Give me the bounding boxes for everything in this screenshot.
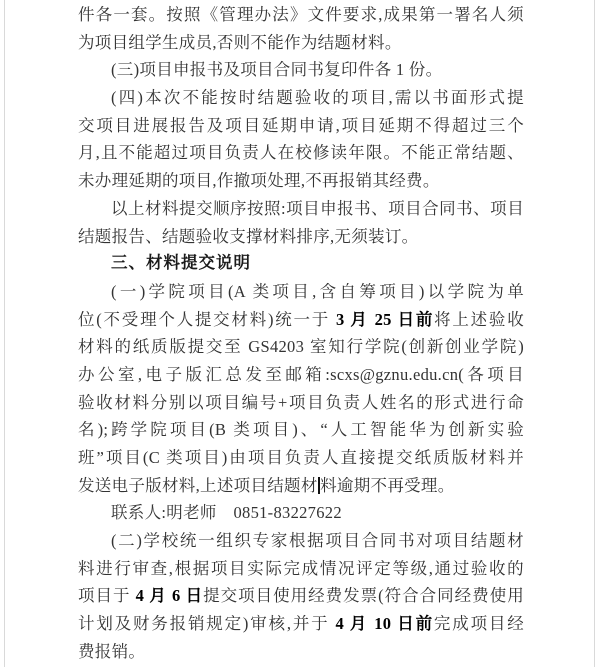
body-text: 办公室,电子版汇总发至邮箱:scxs@gznu.edu.cn(各项目 xyxy=(78,365,524,384)
body-text: 料逾期不再受理。 xyxy=(320,476,454,495)
body-text: (二)学校统一组织专家根据项目合同书对项目结题材 xyxy=(111,531,524,550)
text-line: (四)本次不能按时结题验收的项目,需以书面形式提 xyxy=(78,84,524,112)
body-text: 完成项目经 xyxy=(434,614,524,633)
text-line: 验收材料分别以项目编号+项目负责人姓名的形式进行命 xyxy=(78,389,524,417)
body-text: 为项目组学生成员,否则不能作为结题材料。 xyxy=(78,33,402,52)
text-line: (二)学校统一组织专家根据项目合同书对项目结题材 xyxy=(78,527,524,555)
body-text: 计划及财务报销规定)审核,并于 xyxy=(78,614,335,633)
text-line: 结题报告、结题验收支撑材料排序,无须装订。 xyxy=(78,223,524,251)
text-line: 发送电子版材料,上述项目结题材料逾期不再受理。 xyxy=(78,472,524,500)
text-line: 料进行审查,根据项目实际完成情况评定等级,通过验收的 xyxy=(78,555,524,583)
body-text: 班”项目(C 类项目)由项目负责人直接提交纸质版材料并 xyxy=(78,448,524,467)
body-text: 交项目进展报告及项目延期申请,项目延期不得超过三个 xyxy=(78,116,524,135)
bold-date-text: 4 月 6 日 xyxy=(136,586,204,605)
body-text: 以上材料提交顺序按照:项目申报书、项目合同书、项目 xyxy=(111,199,524,218)
body-text: 名);跨学院项目(B 类项目)、“人工智能华为创新实验 xyxy=(78,420,524,439)
text-line: 交项目进展报告及项目延期申请,项目延期不得超过三个 xyxy=(78,112,524,140)
text-line: 以上材料提交顺序按照:项目申报书、项目合同书、项目 xyxy=(78,195,524,223)
body-text: 材料的纸质版提交至 GS4203 室知行学院(创新创业学院) xyxy=(78,337,524,356)
text-line: 项目于 4 月 6 日提交项目使用经费发票(符合合同经费使用 xyxy=(78,582,524,610)
text-line: 材料的纸质版提交至 GS4203 室知行学院(创新创业学院) xyxy=(78,333,524,361)
body-text: 验收材料分别以项目编号+项目负责人姓名的形式进行命 xyxy=(78,393,524,412)
body-text: 将上述验收 xyxy=(434,310,524,329)
text-line: 未办理延期的项目,作撤项处理,不再报销其经费。 xyxy=(78,167,524,195)
body-text: 结题报告、结题验收支撑材料排序,无须装订。 xyxy=(78,227,418,246)
text-line: 为项目组学生成员,否则不能作为结题材料。 xyxy=(78,29,524,57)
document-page: 件各一套。按照《管理办法》文件要求,成果第一署名人须为项目组学生成员,否则不能作… xyxy=(4,0,595,667)
body-text: 月,且不能超过项目负责人在校修读年限。不能正常结题、 xyxy=(78,143,524,162)
text-line: (一)学院项目(A 类项目,含自筹项目)以学院为单 xyxy=(78,278,524,306)
text-line: 名);跨学院项目(B 类项目)、“人工智能华为创新实验 xyxy=(78,416,524,444)
body-text: 费报销。 xyxy=(78,642,145,661)
bold-date-text: 4 月 10 日前 xyxy=(335,614,433,633)
body-text: (四)本次不能按时结题验收的项目,需以书面形式提 xyxy=(111,88,524,107)
body-text: 未办理延期的项目,作撤项处理,不再报销其经费。 xyxy=(78,171,440,190)
body-text: 位(不受理个人提交材料)统一于 xyxy=(78,310,336,329)
text-line: 办公室,电子版汇总发至邮箱:scxs@gznu.edu.cn(各项目 xyxy=(78,361,524,389)
text-line: 月,且不能超过项目负责人在校修读年限。不能正常结题、 xyxy=(78,139,524,167)
text-line: 计划及财务报销规定)审核,并于 4 月 10 日前完成项目经 xyxy=(78,610,524,638)
body-text: (三)项目申报书及项目合同书复印件各 1 份。 xyxy=(111,60,442,79)
body-text: 项目于 xyxy=(78,586,136,605)
bold-date-text: 3 月 25 日前 xyxy=(336,310,434,329)
body-text: 联系人:明老师 0851-83227622 xyxy=(111,503,342,522)
body-text: (一)学院项目(A 类项目,含自筹项目)以学院为单 xyxy=(111,282,524,301)
text-line: 联系人:明老师 0851-83227622 xyxy=(78,499,524,527)
text-line: 件各一套。按照《管理办法》文件要求,成果第一署名人须 xyxy=(78,1,524,29)
body-text: 发送电子版材料,上述项目结题材 xyxy=(78,476,318,495)
body-text: 件各一套。按照《管理办法》文件要求,成果第一署名人须 xyxy=(78,5,524,24)
text-line: 班”项目(C 类项目)由项目负责人直接提交纸质版材料并 xyxy=(78,444,524,472)
text-line: 位(不受理个人提交材料)统一于 3 月 25 日前将上述验收 xyxy=(78,306,524,334)
body-text: 提交项目使用经费发票(符合合同经费使用 xyxy=(203,586,524,605)
body-text: 三、材料提交说明 xyxy=(111,254,251,272)
text-line: 费报销。 xyxy=(78,638,524,666)
section-heading: 三、材料提交说明 xyxy=(78,250,524,278)
text-line: (三)项目申报书及项目合同书复印件各 1 份。 xyxy=(78,56,524,84)
body-text: 料进行审查,根据项目实际完成情况评定等级,通过验收的 xyxy=(78,559,524,578)
